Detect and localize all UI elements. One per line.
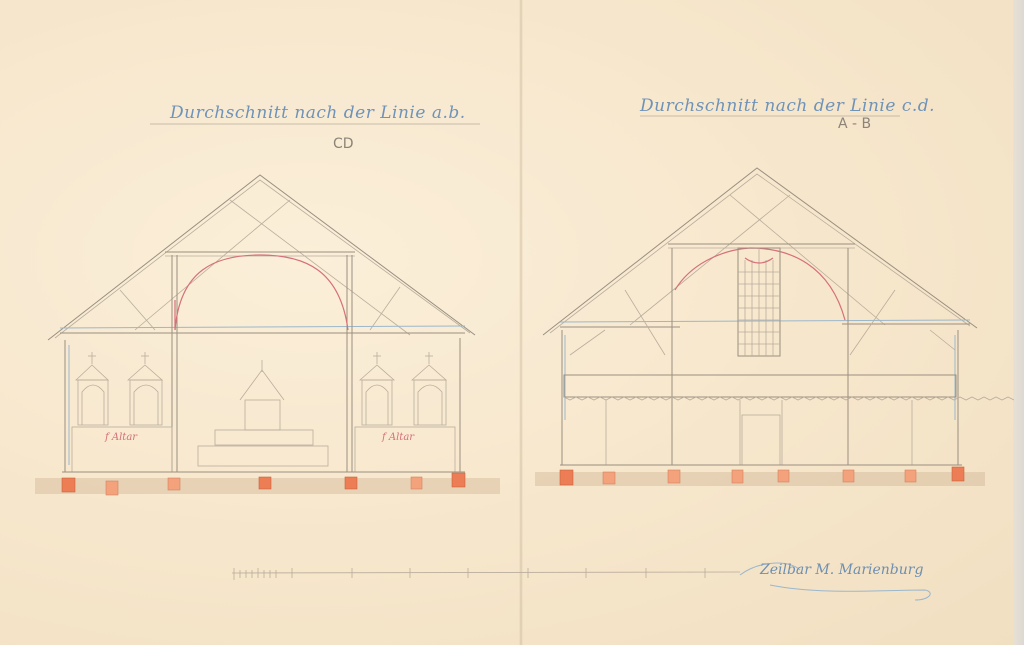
scale-bar xyxy=(232,568,740,580)
drawing-canvas xyxy=(0,0,1024,645)
side-altar-right xyxy=(355,352,455,472)
right-cross-section xyxy=(535,168,1014,486)
tall-window xyxy=(738,248,780,356)
high-altar xyxy=(198,360,328,466)
side-altar-left xyxy=(72,352,172,472)
signature: Zeilbar M. Marienburg xyxy=(760,562,923,578)
drawing-sheet: Durchschnitt nach der Linie a.b. CD Durc… xyxy=(0,0,1024,645)
side-altar-label-right: f Altar xyxy=(382,432,414,443)
vault-arc xyxy=(175,255,348,330)
gallery-balustrade xyxy=(564,375,1014,465)
left-cross-section xyxy=(35,175,500,495)
side-altar-label-left: f Altar xyxy=(105,432,137,443)
